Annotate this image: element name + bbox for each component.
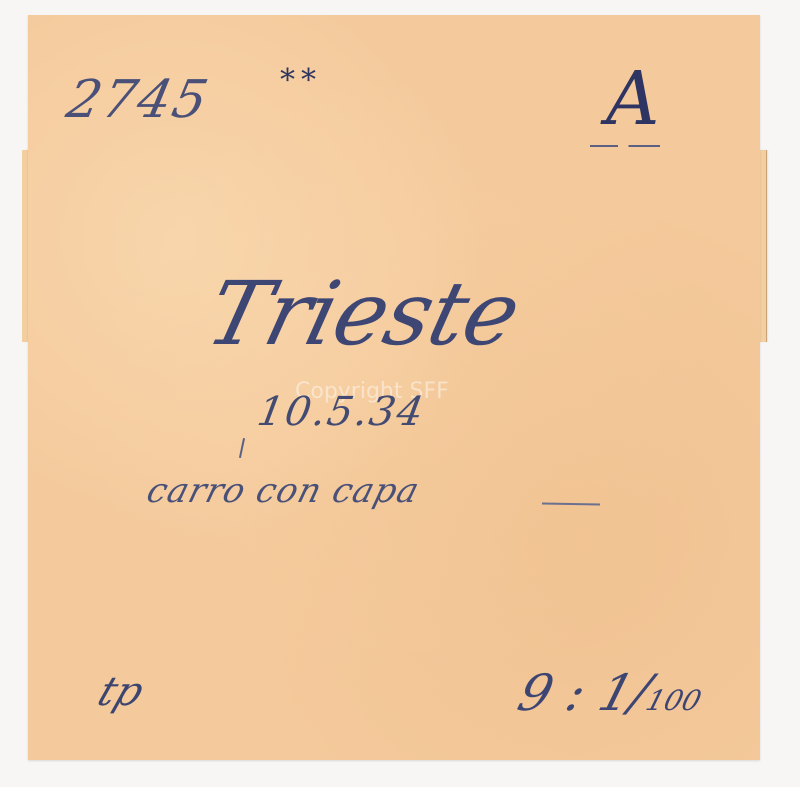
place-name: Trieste <box>199 270 528 358</box>
catalog-number: 2745 <box>62 74 213 126</box>
date: 10.5.34 <box>254 392 428 432</box>
scale-notation: 9 : 1/100 <box>513 668 710 718</box>
subject-description: carro con capa <box>143 474 423 508</box>
scale-denominator: 100 <box>642 684 705 717</box>
class-letter: A <box>606 62 659 136</box>
class-letter-underline <box>590 145 660 147</box>
star-marks: ** <box>280 66 322 96</box>
